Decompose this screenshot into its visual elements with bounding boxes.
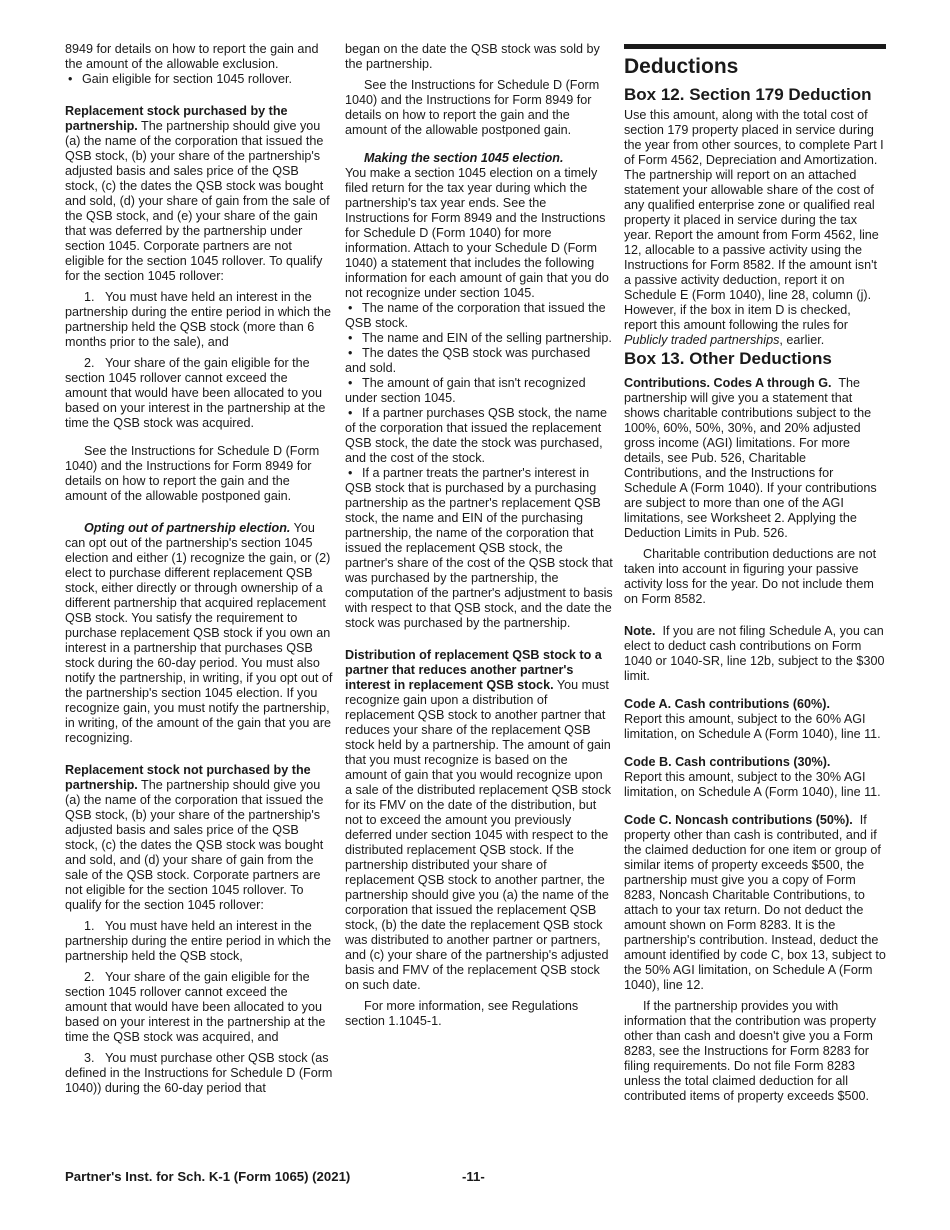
- paragraph-contributions: Contributions. Codes A through G. The pa…: [624, 376, 886, 541]
- heading-box-13: Box 13. Other Deductions: [624, 348, 886, 370]
- paragraph-distribution: Distribution of replacement QSB stock to…: [345, 648, 613, 993]
- bullet-selling-partnership: The name and EIN of the selling partners…: [345, 331, 613, 346]
- paragraph-form-8283: If the partnership provides you with inf…: [624, 999, 886, 1104]
- heading-code-b: Code B. Cash contributions (30%).: [624, 755, 830, 769]
- bullet-unrecognized-gain: The amount of gain that isn't recognized…: [345, 376, 613, 406]
- heading-code-c: Code C. Noncash contributions (50%).: [624, 813, 853, 827]
- bullet-purchase-dates: The dates the QSB stock was purchased an…: [345, 346, 613, 376]
- paragraph-replacement-stock-not-purchased: Replacement stock not purchased by the p…: [65, 763, 333, 913]
- right-column: Deductions Box 12. Section 179 Deduction…: [624, 44, 886, 1104]
- link-publicly-traded-partnerships: Publicly traded partnerships: [624, 333, 779, 347]
- numbered-item-1: 1.You must have held an interest in the …: [65, 919, 333, 964]
- heading-code-a: Code A. Cash contributions (60%).: [624, 697, 830, 711]
- middle-column: began on the date the QSB stock was sold…: [345, 42, 613, 1029]
- paragraph-making-election: You make a section 1045 election on a ti…: [345, 166, 613, 301]
- numbered-item-3: 3.You must purchase other QSB stock (as …: [65, 1051, 333, 1096]
- paragraph-code-b: Code B. Cash contributions (30%).Report …: [624, 755, 886, 800]
- heading-contributions: Contributions. Codes A through G.: [624, 376, 832, 390]
- numbered-item-2: 2.Your share of the gain eligible for th…: [65, 970, 333, 1045]
- footer-page-number: -11-: [462, 1169, 485, 1185]
- left-column: 8949 for details on how to report the ga…: [65, 42, 333, 1096]
- paragraph-note: Note. If you are not filing Schedule A, …: [624, 624, 886, 684]
- bullet-corporation-name: The name of the corporation that issued …: [345, 301, 613, 331]
- heading-opting-out: Opting out of partnership election.: [84, 521, 290, 535]
- paragraph-more-info: For more information, see Regulations se…: [345, 999, 613, 1029]
- heading-box-12: Box 12. Section 179 Deduction: [624, 84, 886, 106]
- paragraph-box-12: Use this amount, along with the total co…: [624, 108, 886, 348]
- bullet-partner-purchases: If a partner purchases QSB stock, the na…: [345, 406, 613, 466]
- paragraph-code-a: Code A. Cash contributions (60%).Report …: [624, 697, 886, 742]
- numbered-item-1: 1.You must have held an interest in the …: [65, 290, 333, 350]
- numbered-item-2: 2.Your share of the gain eligible for th…: [65, 356, 333, 431]
- paragraph-60-day-continuation: began on the date the QSB stock was sold…: [345, 42, 613, 72]
- bullet-gain-eligible-rollover: Gain eligible for section 1045 rollover.: [65, 72, 333, 87]
- paragraph-see-instructions-mid: See the Instructions for Schedule D (For…: [345, 78, 613, 138]
- footer-document-title: Partner's Inst. for Sch. K-1 (Form 1065)…: [65, 1169, 350, 1185]
- label-note: Note.: [624, 624, 655, 638]
- heading-making-election: Making the section 1045 election.: [345, 151, 613, 166]
- paragraph-opting-out: Opting out of partnership election. You …: [65, 521, 333, 746]
- paragraph-code-c: Code C. Noncash contributions (50%). If …: [624, 813, 886, 993]
- section-title-deductions: Deductions: [624, 55, 886, 79]
- paragraph-see-instructions-left: See the Instructions for Schedule D (For…: [65, 444, 333, 504]
- paragraph-replacement-stock-purchased: Replacement stock purchased by the partn…: [65, 104, 333, 284]
- paragraph-charitable-passive: Charitable contribution deductions are n…: [624, 547, 886, 607]
- paragraph-exclusion-continuation: 8949 for details on how to report the ga…: [65, 42, 333, 72]
- bullet-purchasing-partnership: If a partner treats the partner's intere…: [345, 466, 613, 631]
- section-divider-rule: [624, 44, 886, 49]
